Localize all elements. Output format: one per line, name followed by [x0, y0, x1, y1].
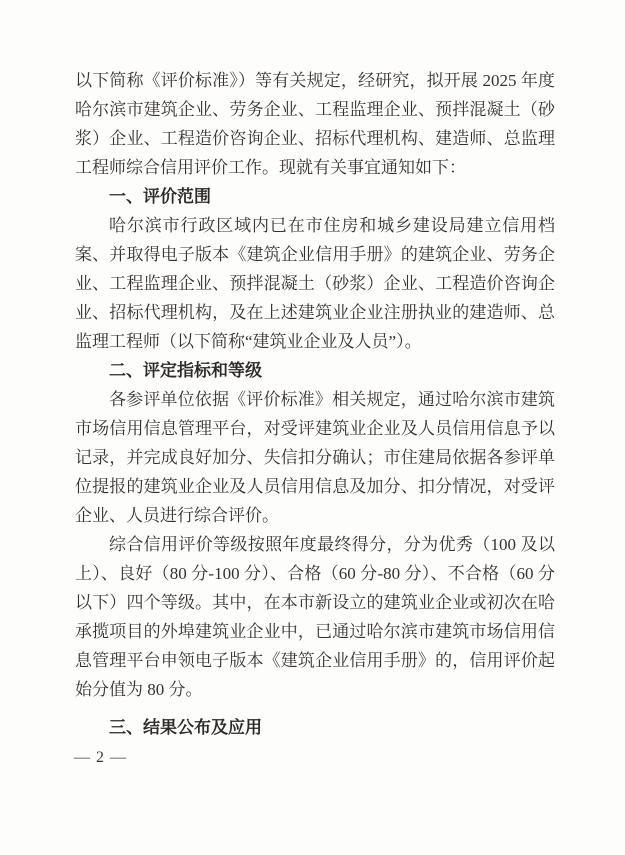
paragraph-indicators-grades: 各参评单位依据《评价标准》相关规定，通过哈尔滨市建筑市场信用信息管理平台，对受评…: [75, 385, 555, 530]
paragraph-continuation: 以下简称《评价标准》）等有关规定，经研究，拟开展 2025 年度哈尔滨市建筑企业…: [75, 66, 555, 182]
section-heading-indicators-grades: 二、评定指标和等级: [75, 356, 555, 385]
page-number: — 2 —: [74, 743, 127, 772]
section-heading-evaluation-scope: 一、评价范围: [75, 182, 555, 211]
paragraph-grade-levels: 综合信用评价等级按照年度最终得分，分为优秀（100 及以上）、良好（80 分-1…: [75, 530, 555, 704]
paragraph-evaluation-scope: 哈尔滨市行政区域内已在市住房和城乡建设局建立信用档案、并取得电子版本《建筑企业信…: [75, 211, 555, 356]
document-page: 以下简称《评价标准》）等有关规定，经研究，拟开展 2025 年度哈尔滨市建筑企业…: [0, 0, 625, 855]
section-heading-results-publication: 三、结果公布及应用: [75, 713, 555, 742]
